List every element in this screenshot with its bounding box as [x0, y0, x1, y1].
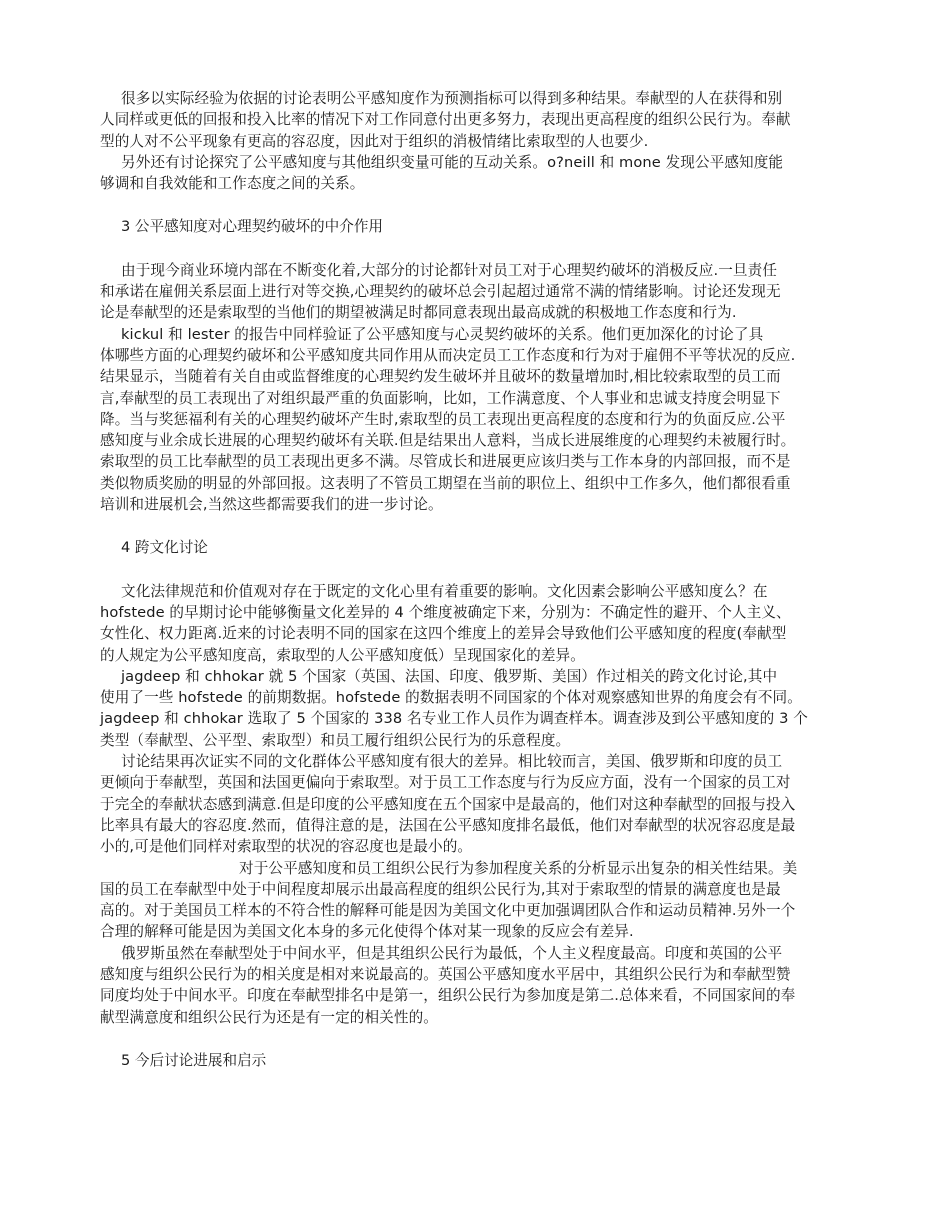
- text-line: 感知度与组织公民行为的相关度是相对来说最高的。英国公平感知度水平居中，其组织公民…: [100, 964, 860, 985]
- text-line: 索取型的员工比奉献型的员工表现出更多不满。尽管成长和进展更应该归类与工作本身的内…: [100, 451, 860, 472]
- text-line: 同度均处于中间水平。印度在奉献型排名中是第一，组织公民行为参加度是第二.总体来看…: [100, 985, 860, 1006]
- text-line: 很多以实际经验为依据的讨论表明公平感知度作为预测指标可以得到多种结果。奉献型的人…: [100, 88, 860, 109]
- paragraph-perception-predictor: 很多以实际经验为依据的讨论表明公平感知度作为预测指标可以得到多种结果。奉献型的人…: [100, 88, 860, 152]
- paragraph-results: 讨论结果再次证实不同的文化群体公平感知度有很大的差异。相比较而言，美国、俄罗斯和…: [100, 751, 860, 857]
- text-line: 讨论结果再次证实不同的文化群体公平感知度有很大的差异。相比较而言，美国、俄罗斯和…: [100, 751, 860, 772]
- text-line: 的人规定为公平感知度高，索取型的人公平感知度低）呈现国家化的差异。: [100, 645, 860, 666]
- paragraph-usa-analysis: 对于公平感知度和员工组织公民行为参加程度关系的分析显示出复杂的相关性结果。美 国…: [100, 858, 860, 943]
- text-line: 文化法律规范和价值观对存在于既定的文化心里有着重要的影响。文化因素会影响公平感知…: [100, 581, 860, 602]
- text-line: 体哪些方面的心理契约破坏和公平感知度共同作用从而决定员工工作态度和行为对于雇佣不…: [100, 345, 860, 366]
- section-heading-4: 4 跨文化讨论: [100, 537, 860, 558]
- text-line: 使用了一些 hofstede 的前期数据。hofstede 的数据表明不同国家的…: [100, 687, 860, 708]
- paragraph-contract-breach: 由于现今商业环境内部在不断变化着,大部分的讨论都针对员工对于心理契约破坏的消极反…: [100, 260, 860, 324]
- text-line: 论是奉献型的还是索取型的当他们的期望被满足时都同意表现出最高成就的积极地工作态度…: [100, 302, 860, 323]
- text-line: 由于现今商业环境内部在不断变化着,大部分的讨论都针对员工对于心理契约破坏的消极反…: [100, 260, 860, 281]
- text-line: jagdeep 和 chhokar 选取了 5 个国家的 338 名专业工作人员…: [100, 708, 860, 729]
- text-line: 于完全的奉献状态感到满意.但是印度的公平感知度在五个国家中是最高的，他们对这种奉…: [100, 794, 860, 815]
- paragraph-interaction-relation: 另外还有讨论探究了公平感知度与其他组织变量可能的互动关系。o?neill 和 m…: [100, 152, 860, 195]
- text-line: 比率具有最大的容忍度.然而，值得注意的是，法国在公平感知度排名最低，他们对奉献型…: [100, 815, 860, 836]
- text-line: 够调和自我效能和工作态度之间的关系。: [100, 173, 860, 194]
- text-line: 类似物质奖励的明显的外部回报。这表明了不管员工期望在当前的职位上、组织中工作多久…: [100, 473, 860, 494]
- text-line: 俄罗斯虽然在奉献型处于中间水平，但是其组织公民行为最低，个人主义程度最高。印度和…: [100, 943, 860, 964]
- paragraph-jagdeep-chhokar: jagdeep 和 chhokar 就 5 个国家（英国、法国、印度、俄罗斯、美…: [100, 666, 860, 751]
- text-line: 和承诺在雇佣关系层面上进行对等交换,心理契约的破坏总会引起超过通常不满的情绪影响…: [100, 281, 860, 302]
- section-heading-5: 5 今后讨论进展和启示: [100, 1050, 860, 1071]
- text-line: 言,奉献型的员工表现出了对组织最严重的负面影响，比如，工作满意度、个人事业和忠诚…: [100, 388, 860, 409]
- paragraph-kickul-lester: kickul 和 lester 的报告中同样验证了公平感知度与心灵契约破坏的关系…: [100, 324, 860, 516]
- text-line: 国的员工在奉献型中处于中间程度却展示出最高程度的组织公民行为,其对于索取型的情景…: [100, 879, 860, 900]
- text-line: 感知度与业余成长进展的心理契约破坏有关联.但是结果出人意料，当成长进展维度的心理…: [100, 430, 860, 451]
- text-line: 结果显示，当随着有关自由或监督维度的心理契约发生破坏并且破坏的数量增加时,相比较…: [100, 366, 860, 387]
- text-line: kickul 和 lester 的报告中同样验证了公平感知度与心灵契约破坏的关系…: [100, 324, 860, 345]
- text-line: 对于公平感知度和员工组织公民行为参加程度关系的分析显示出复杂的相关性结果。美: [100, 858, 860, 879]
- text-line: 小的,可是他们同样对索取型的状况的容忍度也是最小的。: [100, 836, 860, 857]
- text-line: 合理的解释可能是因为美国文化本身的多元化使得个体对某一现象的反应会有差异.: [100, 921, 860, 942]
- paragraph-cultural-norms: 文化法律规范和价值观对存在于既定的文化心里有着重要的影响。文化因素会影响公平感知…: [100, 581, 860, 666]
- document-page: 很多以实际经验为依据的讨论表明公平感知度作为预测指标可以得到多种结果。奉献型的人…: [100, 88, 860, 1071]
- text-line: 类型（奉献型、公平型、索取型）和员工履行组织公民行为的乐意程度。: [100, 730, 860, 751]
- text-line: 高的。对于美国员工样本的不符合性的解释可能是因为美国文化中更加强调团队合作和运动…: [100, 900, 860, 921]
- section-heading-3: 3 公平感知度对心理契约破坏的中介作用: [100, 216, 860, 237]
- text-line: 降。当与奖惩福利有关的心理契约破坏产生时,索取型的员工表现出更高程度的态度和行为…: [100, 409, 860, 430]
- text-line: 献型满意度和组织公民行为还是有一定的相关性的。: [100, 1007, 860, 1028]
- text-line: 型的人对不公平现象有更高的容忍度，因此对于组织的消极情绪比索取型的人也要少.: [100, 131, 860, 152]
- paragraph-russia-india-uk: 俄罗斯虽然在奉献型处于中间水平，但是其组织公民行为最低，个人主义程度最高。印度和…: [100, 943, 860, 1028]
- text-line: hofstede 的早期讨论中能够衡量文化差异的 4 个维度被确定下来，分别为：…: [100, 602, 860, 623]
- text-line: 另外还有讨论探究了公平感知度与其他组织变量可能的互动关系。o?neill 和 m…: [100, 152, 860, 173]
- text-line: 更倾向于奉献型，英国和法国更偏向于索取型。对于员工工作态度与行为反应方面，没有一…: [100, 772, 860, 793]
- text-line: jagdeep 和 chhokar 就 5 个国家（英国、法国、印度、俄罗斯、美…: [100, 666, 860, 687]
- text-line: 女性化、权力距离.近来的讨论表明不同的国家在这四个维度上的差异会导致他们公平感知…: [100, 623, 860, 644]
- text-line: 人同样或更低的回报和投入比率的情况下对工作同意付出更多努力，表现出更高程度的组织…: [100, 109, 860, 130]
- text-line: 培训和进展机会,当然这些都需要我们的进一步讨论。: [100, 494, 860, 515]
